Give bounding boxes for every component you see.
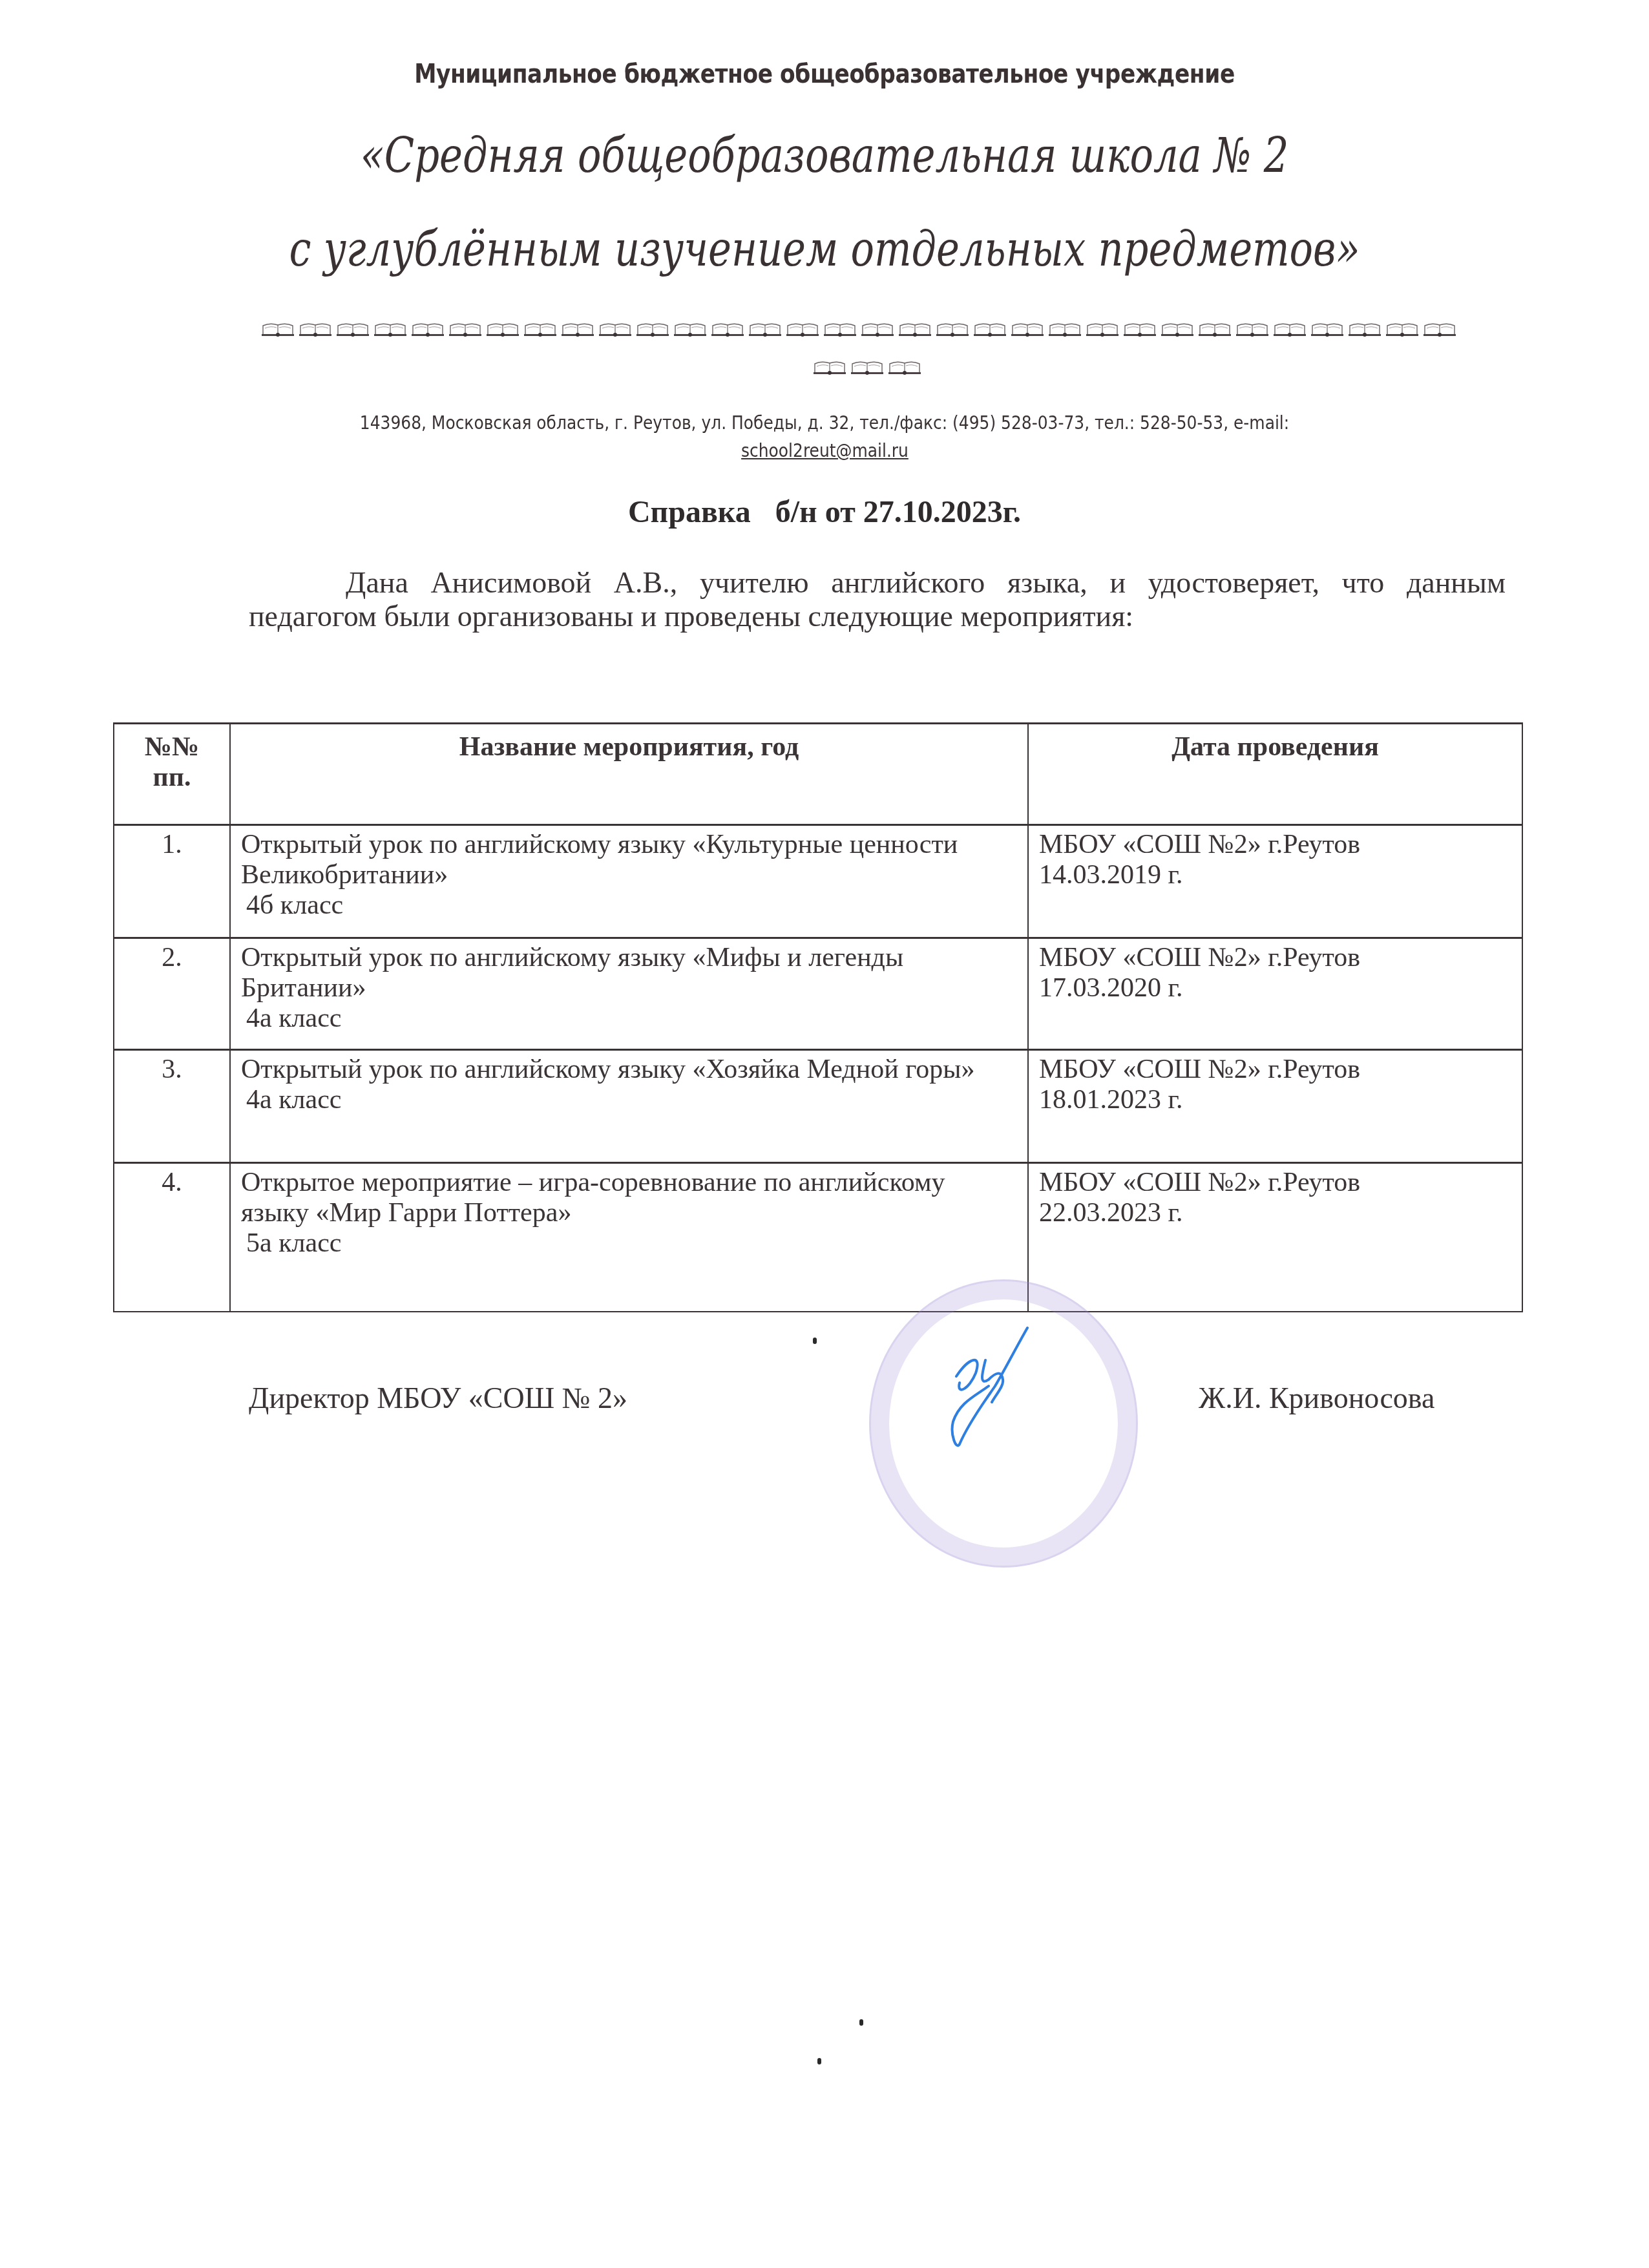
- scan-speck: [817, 2058, 821, 2064]
- scan-speck: [813, 1338, 817, 1344]
- table-row: 4. Открытое мероприятие – игра-соревнова…: [114, 1163, 1522, 1312]
- event-name: Открытый урок по английскому языку «Мифы…: [241, 943, 903, 1003]
- open-book-icon: [636, 322, 669, 337]
- open-book-icon: [1235, 322, 1269, 337]
- header-num: №№ пп.: [114, 724, 230, 825]
- open-book-icon: [486, 322, 520, 337]
- table-row: 3. Открытый урок по английскому языку «Х…: [114, 1050, 1522, 1163]
- event-class: 5а класс: [241, 1228, 1017, 1259]
- table-header-row: №№ пп. Название мероприятия, год Дата пр…: [114, 724, 1522, 825]
- open-book-icon: [373, 322, 407, 337]
- director-name: Ж.И. Кривоносова: [1199, 1381, 1434, 1415]
- events-table: №№ пп. Название мероприятия, год Дата пр…: [113, 722, 1523, 1312]
- open-book-icon: [523, 322, 557, 337]
- open-book-icon: [1123, 322, 1157, 337]
- document-title-number-date: б/н от 27.10.2023г.: [775, 495, 1021, 529]
- ornament-row-2: [813, 360, 921, 375]
- school-email-link[interactable]: school2reut@mail.ru: [741, 439, 909, 461]
- header-event-name: Название мероприятия, год: [230, 724, 1028, 825]
- row-num: 4.: [114, 1163, 230, 1312]
- open-book-icon: [561, 322, 594, 337]
- event-name: Открытый урок по английскому языку «Куль…: [241, 830, 958, 890]
- open-book-icon: [336, 322, 370, 337]
- row-date: МБОУ «СОШ №2» г.Реутов14.03.2019 г.: [1028, 825, 1522, 938]
- event-name: Открытый урок по английскому языку «Хозя…: [241, 1055, 975, 1084]
- event-place: МБОУ «СОШ №2» г.Реутов: [1039, 1168, 1511, 1198]
- open-book-icon: [673, 322, 707, 337]
- document-title: Справка б/н от 27.10.2023г.: [0, 494, 1649, 530]
- event-class: 4а класс: [241, 1003, 1017, 1034]
- row-event: Открытый урок по английскому языку «Куль…: [230, 825, 1028, 938]
- open-book-icon: [850, 360, 884, 375]
- row-date: МБОУ «СОШ №2» г.Реутов17.03.2020 г.: [1028, 938, 1522, 1050]
- row-event: Открытый урок по английскому языку «Мифы…: [230, 938, 1028, 1050]
- row-num: 1.: [114, 825, 230, 938]
- open-book-icon: [261, 322, 295, 337]
- open-book-icon: [299, 322, 332, 337]
- open-book-icon: [1086, 322, 1119, 337]
- open-book-icon: [1011, 322, 1044, 337]
- open-book-icon: [786, 322, 819, 337]
- open-book-icon: [598, 322, 632, 337]
- open-book-icon: [1273, 322, 1307, 337]
- event-date: 22.03.2023 г.: [1039, 1198, 1183, 1228]
- school-name-line2: с углублённым изучением отдельных предме…: [149, 222, 1501, 277]
- event-date: 14.03.2019 г.: [1039, 860, 1183, 890]
- director-position: Директор МБОУ «СОШ № 2»: [249, 1381, 627, 1415]
- open-book-icon: [973, 322, 1007, 337]
- event-class: 4а класс: [241, 1085, 1017, 1115]
- table-row: 1. Открытый урок по английскому языку «К…: [114, 825, 1522, 938]
- open-book-icon: [861, 322, 894, 337]
- row-num: 3.: [114, 1050, 230, 1163]
- open-book-icon: [1161, 322, 1194, 337]
- open-book-icon: [1198, 322, 1232, 337]
- open-book-icon: [813, 360, 846, 375]
- open-book-icon: [1423, 322, 1456, 337]
- open-book-icon: [1048, 322, 1082, 337]
- row-event: Открытый урок по английскому языку «Хозя…: [230, 1050, 1028, 1163]
- row-event: Открытое мероприятие – игра-соревнование…: [230, 1163, 1028, 1312]
- event-place: МБОУ «СОШ №2» г.Реутов: [1039, 830, 1511, 860]
- open-book-icon: [823, 322, 857, 337]
- open-book-icon: [888, 360, 921, 375]
- open-book-icon: [1348, 322, 1381, 337]
- director-signature: [930, 1325, 1040, 1454]
- open-book-icon: [411, 322, 445, 337]
- ornament-row-1: [261, 322, 1456, 337]
- table-row: 2. Открытый урок по английскому языку «М…: [114, 938, 1522, 1050]
- open-book-icon: [448, 322, 482, 337]
- scan-speck: [859, 2019, 863, 2026]
- row-date: МБОУ «СОШ №2» г.Реутов22.03.2023 г.: [1028, 1163, 1522, 1312]
- row-num: 2.: [114, 938, 230, 1050]
- event-place: МБОУ «СОШ №2» г.Реутов: [1039, 943, 1511, 973]
- org-type-heading: Муниципальное бюджетное общеобразователь…: [116, 59, 1534, 89]
- event-date: 17.03.2020 г.: [1039, 973, 1183, 1003]
- school-email-line: school2reut@mail.ru: [0, 439, 1649, 461]
- document-body: Дана Анисимовой А.В., учителю английског…: [249, 566, 1506, 633]
- open-book-icon: [1310, 322, 1344, 337]
- event-place: МБОУ «СОШ №2» г.Реутов: [1039, 1055, 1511, 1085]
- school-address: 143968, Московская область, г. Реутов, у…: [116, 412, 1534, 434]
- event-class: 4б класс: [241, 890, 1017, 921]
- document-title-word: Справка: [628, 495, 751, 529]
- open-book-icon: [898, 322, 932, 337]
- open-book-icon: [1385, 322, 1419, 337]
- open-book-icon: [936, 322, 969, 337]
- open-book-icon: [748, 322, 782, 337]
- event-name: Открытое мероприятие – игра-соревнование…: [241, 1168, 945, 1228]
- school-name-line1: «Средняя общеобразовательная школа № 2: [149, 128, 1501, 184]
- event-date: 18.01.2023 г.: [1039, 1085, 1183, 1115]
- header-date: Дата проведения: [1028, 724, 1522, 825]
- row-date: МБОУ «СОШ №2» г.Реутов18.01.2023 г.: [1028, 1050, 1522, 1163]
- open-book-icon: [711, 322, 744, 337]
